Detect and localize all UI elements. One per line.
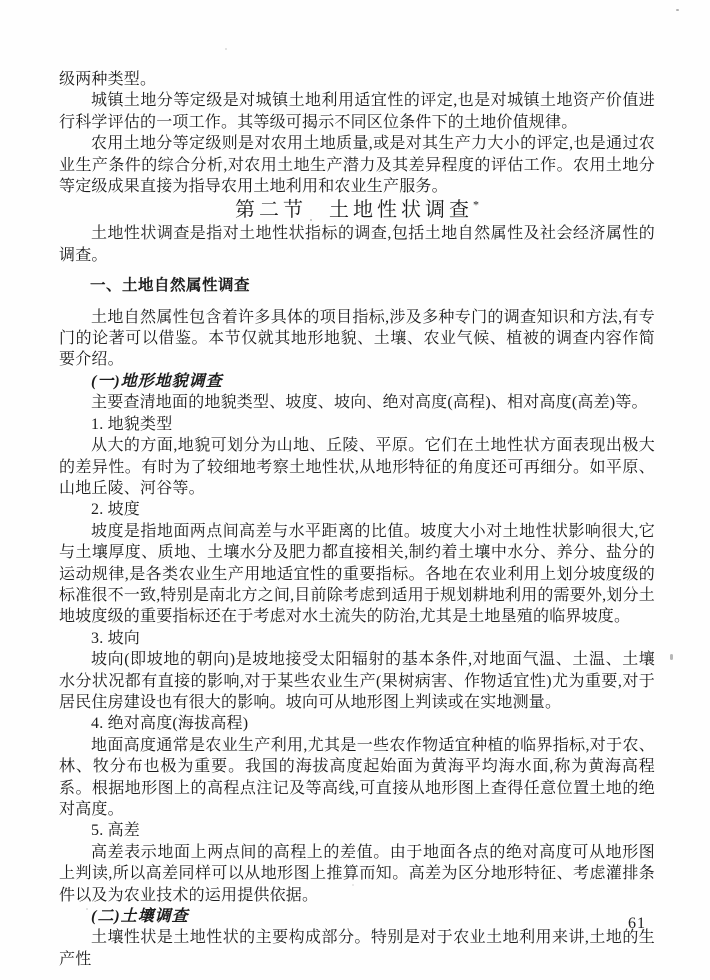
numbered-heading: 2. 坡度 xyxy=(59,499,655,520)
body-paragraph: 从大的方面,地貌可划分为山地、丘陵、平原。它们在土地性状方面表现出极大的差异性。… xyxy=(59,435,655,499)
scan-speck xyxy=(310,219,312,221)
scan-speck xyxy=(86,908,88,910)
scan-speck xyxy=(352,884,354,886)
numbered-heading: 1. 地貌类型 xyxy=(59,414,655,435)
page-number: 61 xyxy=(628,915,646,933)
body-paragraph: 高差表示地面上两点间的高程上的差值。由于地面各点的绝对高度可从地形图上判读,所以… xyxy=(59,842,655,906)
scan-speck xyxy=(218,936,220,938)
numbered-heading: 5. 高差 xyxy=(59,820,655,841)
body-paragraph: 城镇土地分等定级是对城镇土地利用适宜性的评定,也是对城镇土地资产价值进行科学评估… xyxy=(59,90,655,133)
continuation-line: 级两种类型。 xyxy=(59,69,655,90)
sub-subsection-heading: (一)地形地貌调查 xyxy=(59,371,655,392)
book-page: 级两种类型。 城镇土地分等定级是对城镇土地利用适宜性的评定,也是对城镇土地资产价… xyxy=(0,0,710,980)
body-paragraph: 坡度是指地面两点间高差与水平距离的比值。坡度大小对土地性状影响很大,它与土壤厚度… xyxy=(59,521,655,628)
scan-speck xyxy=(670,654,673,660)
sub-subsection-heading: (二)土壤调查 xyxy=(59,906,655,927)
numbered-heading: 4. 绝对高度(海拔高程) xyxy=(59,713,655,734)
scan-speck xyxy=(676,9,679,11)
subsection-heading: 一、土地自然属性调查 xyxy=(59,275,655,296)
scan-speck xyxy=(225,48,227,50)
section-number: 第二节 xyxy=(235,199,307,221)
body-paragraph: 土地性状调查是指对土地性状指标的调查,包括土地自然属性及社会经济属性的调查。 xyxy=(59,223,655,266)
footnote-marker: * xyxy=(473,198,479,212)
body-paragraph: 农用土地分等定级则是对农用土地质量,或是对其生产力大小的评定,也是通过农业生产条… xyxy=(59,133,655,197)
section-title: 第二节土地性状调查* xyxy=(59,197,655,223)
body-paragraph: 地面高度通常是农业生产利用,尤其是一些农作物适宜种植的临界指标,对于农、林、牧分… xyxy=(59,735,655,821)
body-paragraph: 土地自然属性包含着许多具体的项目指标,涉及多种专门的调查知识和方法,有专门的论著… xyxy=(59,307,655,371)
text-column: 级两种类型。 城镇土地分等定级是对城镇土地利用适宜性的评定,也是对城镇土地资产价… xyxy=(59,69,655,970)
section-title-text: 土地性状调查 xyxy=(329,199,473,221)
numbered-heading: 3. 坡向 xyxy=(59,628,655,649)
body-paragraph: 主要查清地面的地貌类型、坡度、坡向、绝对高度(高程)、相对高度(高差)等。 xyxy=(59,392,655,413)
body-paragraph: 土壤性状是土地性状的主要构成部分。特别是对于农业土地利用来讲,土地的生产性 xyxy=(59,927,655,970)
body-paragraph: 坡向(即坡地的朝向)是坡地接受太阳辐射的基本条件,对地面气温、土温、土壤水分状况… xyxy=(59,649,655,713)
